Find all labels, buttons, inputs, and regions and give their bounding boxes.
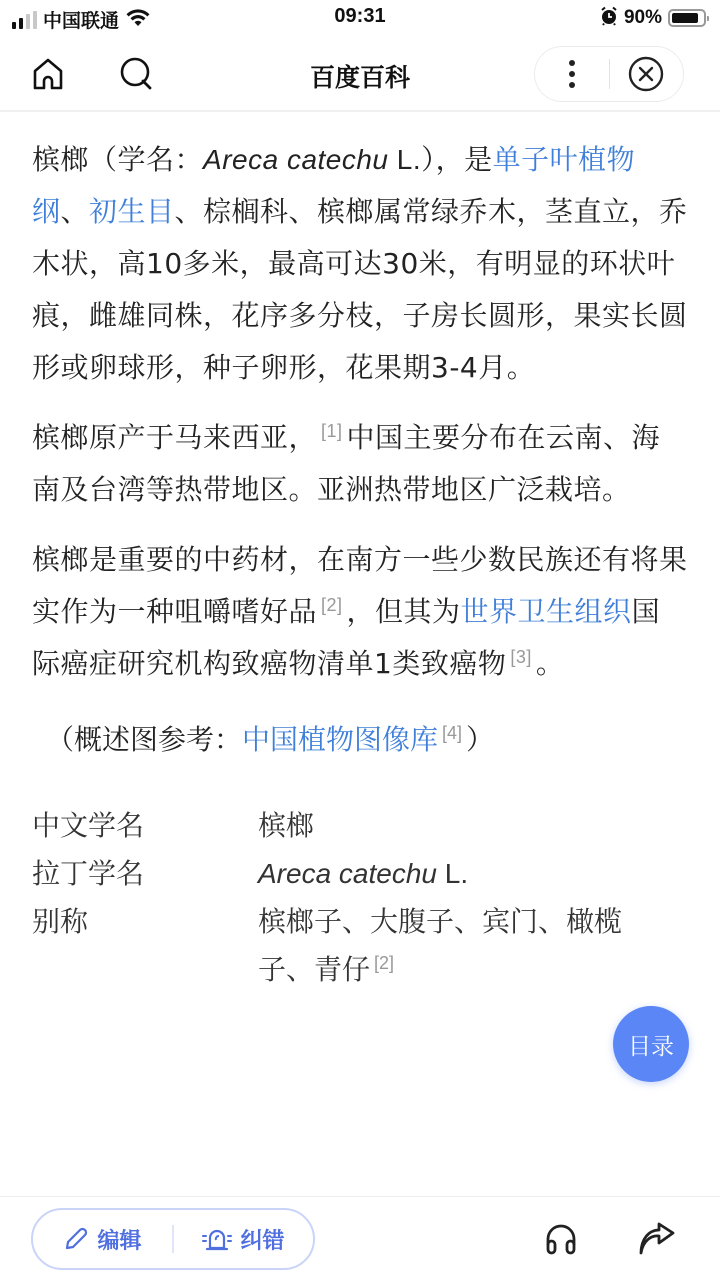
- basic-info-table: 中文学名 槟榔 拉丁学名 Areca catechu L. 别称 槟榔子、大腹子…: [32, 802, 688, 994]
- latin-name: Areca catechu: [203, 144, 389, 175]
- mini-program-capsule: [534, 46, 684, 102]
- close-icon: [628, 56, 664, 92]
- more-icon: [568, 59, 576, 89]
- info-row: 拉丁学名 Areca catechu L.: [32, 850, 688, 898]
- home-button[interactable]: [28, 54, 68, 94]
- link-who[interactable]: 世界卫生组织: [461, 595, 632, 628]
- edit-button[interactable]: 编辑: [33, 1210, 172, 1268]
- info-row: 别称 槟榔子、大腹子、宾门、橄榄子、青仔[2]: [32, 898, 688, 994]
- home-icon: [31, 57, 65, 91]
- reference-2[interactable]: [2]: [374, 953, 394, 973]
- link-order[interactable]: 初生目: [89, 195, 175, 228]
- bottom-toolbar: 编辑 纠错: [0, 1196, 720, 1280]
- table-of-contents-button[interactable]: 目录: [613, 1006, 689, 1082]
- reference-3[interactable]: [3]: [510, 647, 532, 667]
- close-button[interactable]: [610, 47, 684, 101]
- nav-bar: 百度百科: [0, 38, 720, 112]
- info-row: 中文学名 槟榔: [32, 802, 688, 850]
- pencil-icon: [63, 1226, 89, 1252]
- alarm-light-icon: [202, 1226, 232, 1252]
- summary-paragraph-2: 槟榔原产于马来西亚，[1]中国主要分布在云南、海南及台湾等热带地区。亚洲热带地区…: [32, 412, 688, 516]
- info-value: Areca catechu L.: [258, 850, 688, 898]
- summary-paragraph-3: 槟榔是重要的中药材，在南方一些少数民族还有将果实作为一种咀嚼嗜好品[2]，但其为…: [32, 534, 688, 690]
- reference-2[interactable]: [2]: [321, 595, 343, 615]
- reference-4[interactable]: [4]: [442, 723, 462, 743]
- battery-percentage: 90%: [624, 7, 662, 29]
- alarm-icon: [600, 6, 618, 30]
- link-plant-image-library[interactable]: 中国植物图像库: [242, 723, 438, 756]
- listen-button[interactable]: [539, 1217, 583, 1261]
- info-key: 别称: [32, 898, 258, 994]
- info-value: 槟榔: [258, 802, 688, 850]
- article-content[interactable]: 槟榔（学名：Areca catechu L.），是单子叶植物纲、初生目、棕榈科、…: [0, 114, 720, 1196]
- info-key: 拉丁学名: [32, 850, 258, 898]
- reference-1[interactable]: [1]: [321, 421, 343, 441]
- info-key: 中文学名: [32, 802, 258, 850]
- report-error-button[interactable]: 纠错: [174, 1210, 313, 1268]
- summary-paragraph-1: 槟榔（学名：Areca catechu L.），是单子叶植物纲、初生目、棕榈科、…: [32, 134, 688, 394]
- image-caption: （概述图参考：中国植物图像库[4]）: [32, 714, 688, 766]
- share-button[interactable]: [635, 1217, 679, 1261]
- info-value: 槟榔子、大腹子、宾门、橄榄子、青仔[2]: [258, 898, 688, 994]
- search-icon: [118, 56, 154, 92]
- headphones-icon: [543, 1221, 579, 1257]
- more-button[interactable]: [535, 47, 609, 101]
- share-icon: [637, 1221, 677, 1257]
- search-button[interactable]: [116, 54, 156, 94]
- edit-report-pill: 编辑 纠错: [31, 1208, 315, 1270]
- status-bar: 中国联通 09:31 90%: [0, 0, 720, 38]
- battery-icon: [668, 9, 706, 27]
